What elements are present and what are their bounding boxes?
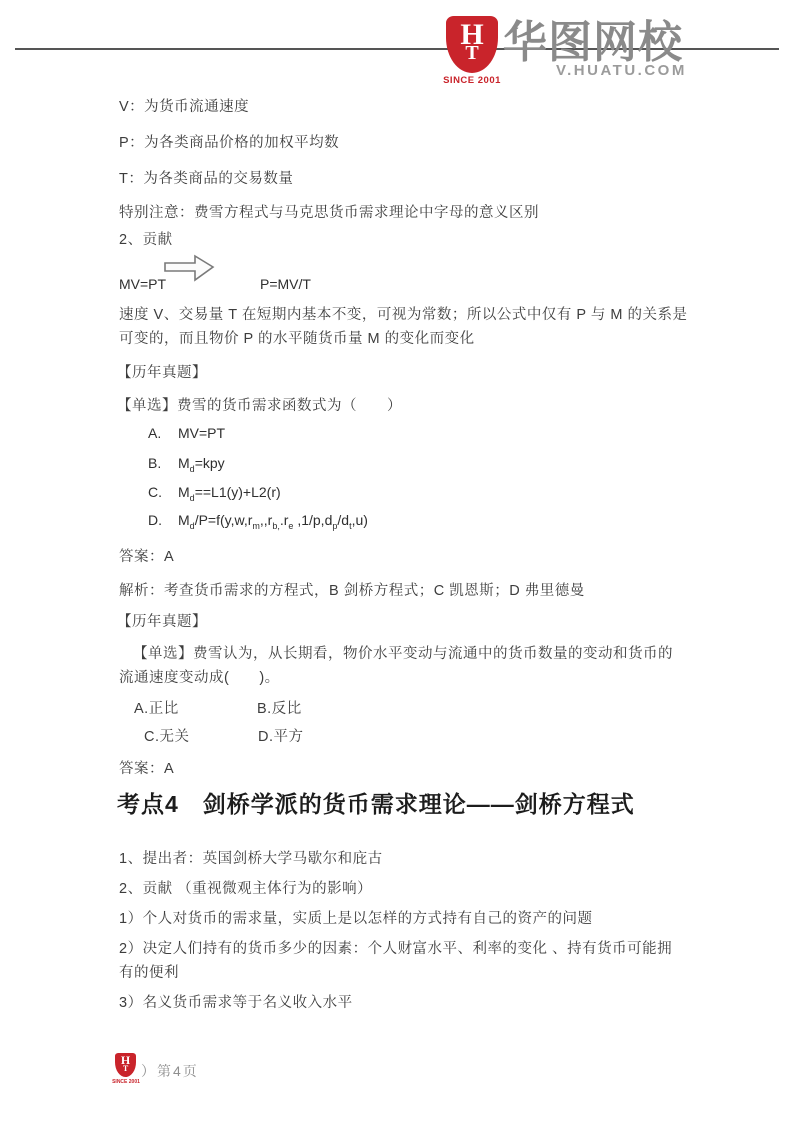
option-label: B.	[148, 455, 178, 474]
point-line-1: 1、提出者：英国剑桥大学马歇尔和庇古	[119, 847, 383, 868]
footer-since-text: SINCE 2001	[110, 1079, 142, 1085]
exam1-analysis: 解析：考查货币需求的方程式，B 剑桥方程式；C 凯恩斯；D 弗里德曼	[119, 579, 585, 600]
block-arrow-right-icon	[163, 254, 217, 282]
point-line-5: 3）名义货币需求等于名义收入水平	[119, 991, 353, 1012]
exam1-question: 【单选】费雪的货币需求函数式为（ ）	[117, 394, 402, 415]
point-line-2: 2、贡献 （重视微观主体行为的影响）	[119, 877, 372, 898]
huatu-shield-logo-icon: H T	[446, 16, 498, 73]
section-heading-kaodian4: 考点4 剑桥学派的货币需求理论——剑桥方程式	[117, 786, 635, 819]
paragraph-line-2: 可变的，而且物价 P 的水平随货币量 M 的变化而变化	[119, 327, 475, 348]
exam1-option-d: D. Md/P=f(y,w,rm,,rb,.re ,1/p,dp/dt,u)	[148, 512, 368, 531]
point-line-4a: 2）决定人们持有的货币多少的因素：个人财富水平、利率的变化 、持有货币可能拥	[119, 937, 672, 958]
page-number: ）第4页	[141, 1061, 199, 1081]
exam2-option-d: D.平方	[258, 725, 304, 746]
exam2-question-line-1: 【单选】费雪认为，从长期看，物价水平变动与流通中的货币数量的变动和货币的	[133, 642, 673, 663]
def-line-v: V：为货币流通速度	[119, 95, 249, 116]
contribution-heading: 2、贡献	[119, 228, 173, 249]
point-line-3: 1）个人对货币的需求量，实质上是以怎样的方式持有自己的资产的问题	[119, 907, 593, 928]
logo-since-text: SINCE 2001	[438, 75, 506, 86]
def-line-t: T：为各类商品的交易数量	[119, 167, 293, 188]
brand-url: V.HUATU.COM	[556, 62, 687, 79]
option-formula: MV=PT	[178, 425, 225, 441]
option-label: C.	[148, 484, 178, 503]
exam1-answer: 答案：A	[119, 545, 174, 566]
logo-monogram-t: T	[446, 46, 498, 60]
option-label: D.	[148, 512, 178, 531]
exam1-tag: 【历年真题】	[117, 361, 207, 382]
document-page: H T SINCE 2001 华图网校 V.HUATU.COM V：为货币流通速…	[0, 0, 793, 1122]
exam2-question-line-2: 流通速度变动成( )。	[119, 666, 280, 687]
exam1-option-a: A. MV=PT	[148, 425, 225, 441]
option-formula: Md==L1(y)+L2(r)	[178, 484, 281, 503]
exam2-option-b: B.反比	[257, 697, 302, 718]
option-formula: Md/P=f(y,w,rm,,rb,.re ,1/p,dp/dt,u)	[178, 512, 368, 531]
formula-right: P=MV/T	[260, 276, 311, 292]
option-formula: Md=kpy	[178, 455, 225, 474]
exam2-option-c: C.无关	[144, 725, 190, 746]
exam2-tag: 【历年真题】	[117, 610, 207, 631]
footer-huatu-shield-logo-icon: H T	[115, 1053, 136, 1077]
exam1-option-c: C. Md==L1(y)+L2(r)	[148, 484, 281, 503]
exam2-option-a: A.正比	[134, 697, 179, 718]
paragraph-line-1: 速度 V、交易量 T 在短期内基本不变，可视为常数；所以公式中仅有 P 与 M …	[119, 303, 687, 324]
note-line: 特别注意：费雪方程式与马克思货币需求理论中字母的意义区别	[119, 201, 539, 222]
brand-name: 华图网校	[503, 18, 683, 68]
option-label: A.	[148, 425, 178, 441]
point-line-4b: 有的便利	[119, 961, 179, 982]
logo-monogram-t: T	[115, 1066, 136, 1071]
formula-left: MV=PT	[119, 276, 166, 292]
exam1-option-b: B. Md=kpy	[148, 455, 225, 474]
exam2-answer: 答案：A	[119, 757, 174, 778]
def-line-p: P：为各类商品价格的加权平均数	[119, 131, 339, 152]
